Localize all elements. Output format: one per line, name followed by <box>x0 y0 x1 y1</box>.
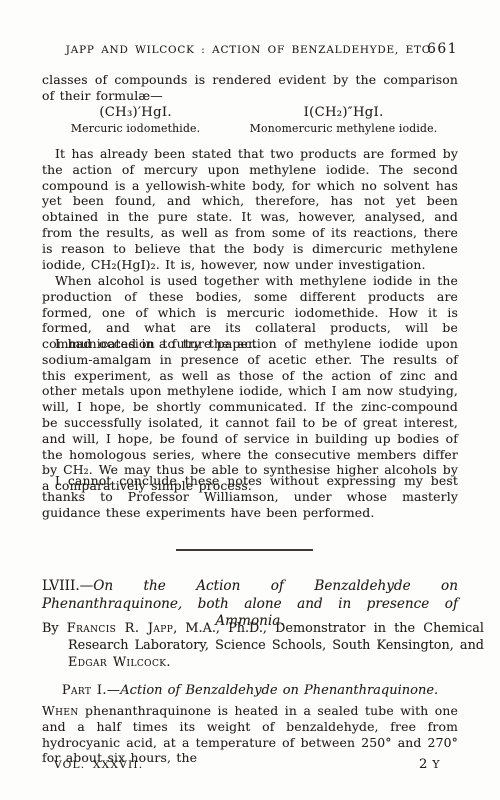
article-number: LVIII.— <box>42 578 93 594</box>
byline-prefix: By <box>42 621 67 636</box>
formula-caption: Monomercuric methylene iodide. <box>229 122 458 135</box>
signature-mark: 2Y <box>419 753 440 772</box>
lead-word: When <box>42 703 79 718</box>
formula-row: (CH₃)′HgI. Mercuric iodomethide. I(CH₂)″… <box>42 105 458 135</box>
journal-page: JAPP AND WILCOCK : ACTION OF BENZALDEHYD… <box>0 0 500 800</box>
section-divider <box>176 549 313 551</box>
page-number: 661 <box>427 41 458 57</box>
formula-text: I(CH₂)″HgI. <box>229 105 458 120</box>
page-footer: VOL. XXXVII. 2Y <box>42 753 458 772</box>
continuation-paragraph: classes of compounds is rendered evident… <box>42 72 458 104</box>
formula-mercuric-iodomethide: (CH₃)′HgI. Mercuric iodomethide. <box>42 105 229 135</box>
part-label: Part I.— <box>62 683 120 698</box>
byline: By Francis R. Japp, M.A., Ph.D., Demonst… <box>42 621 484 671</box>
signature-number: 2 <box>419 757 427 772</box>
volume-label: VOL. XXXVII. <box>54 759 143 771</box>
part-heading: Part I.—Action of Benzaldehyde on Phenan… <box>42 683 458 698</box>
formula-caption: Mercuric iodomethide. <box>42 122 229 135</box>
formula-monomercuric-methylene-iodide: I(CH₂)″HgI. Monomercuric methylene iodid… <box>229 105 458 135</box>
para-acknowledgement: I cannot conclude these notes without ex… <box>42 473 458 520</box>
byline-period: . <box>166 655 170 670</box>
page-header: JAPP AND WILCOCK : ACTION OF BENZALDEHYD… <box>42 44 458 56</box>
para-two-products: It has already been stated that two prod… <box>42 146 458 272</box>
part-title: Action of Benzaldehyde on Phenanthraquin… <box>120 683 438 698</box>
formula-text: (CH₃)′HgI. <box>42 105 229 120</box>
running-title: JAPP AND WILCOCK : ACTION OF BENZALDEHYD… <box>42 44 458 56</box>
para-sodium-amalgam: I had occasion to try the action of meth… <box>42 336 458 494</box>
signature-letter: Y <box>432 758 440 771</box>
author-name-japp: Francis R. Japp <box>67 621 173 636</box>
author-name-wilcock: Edgar Wilcock <box>68 655 166 670</box>
